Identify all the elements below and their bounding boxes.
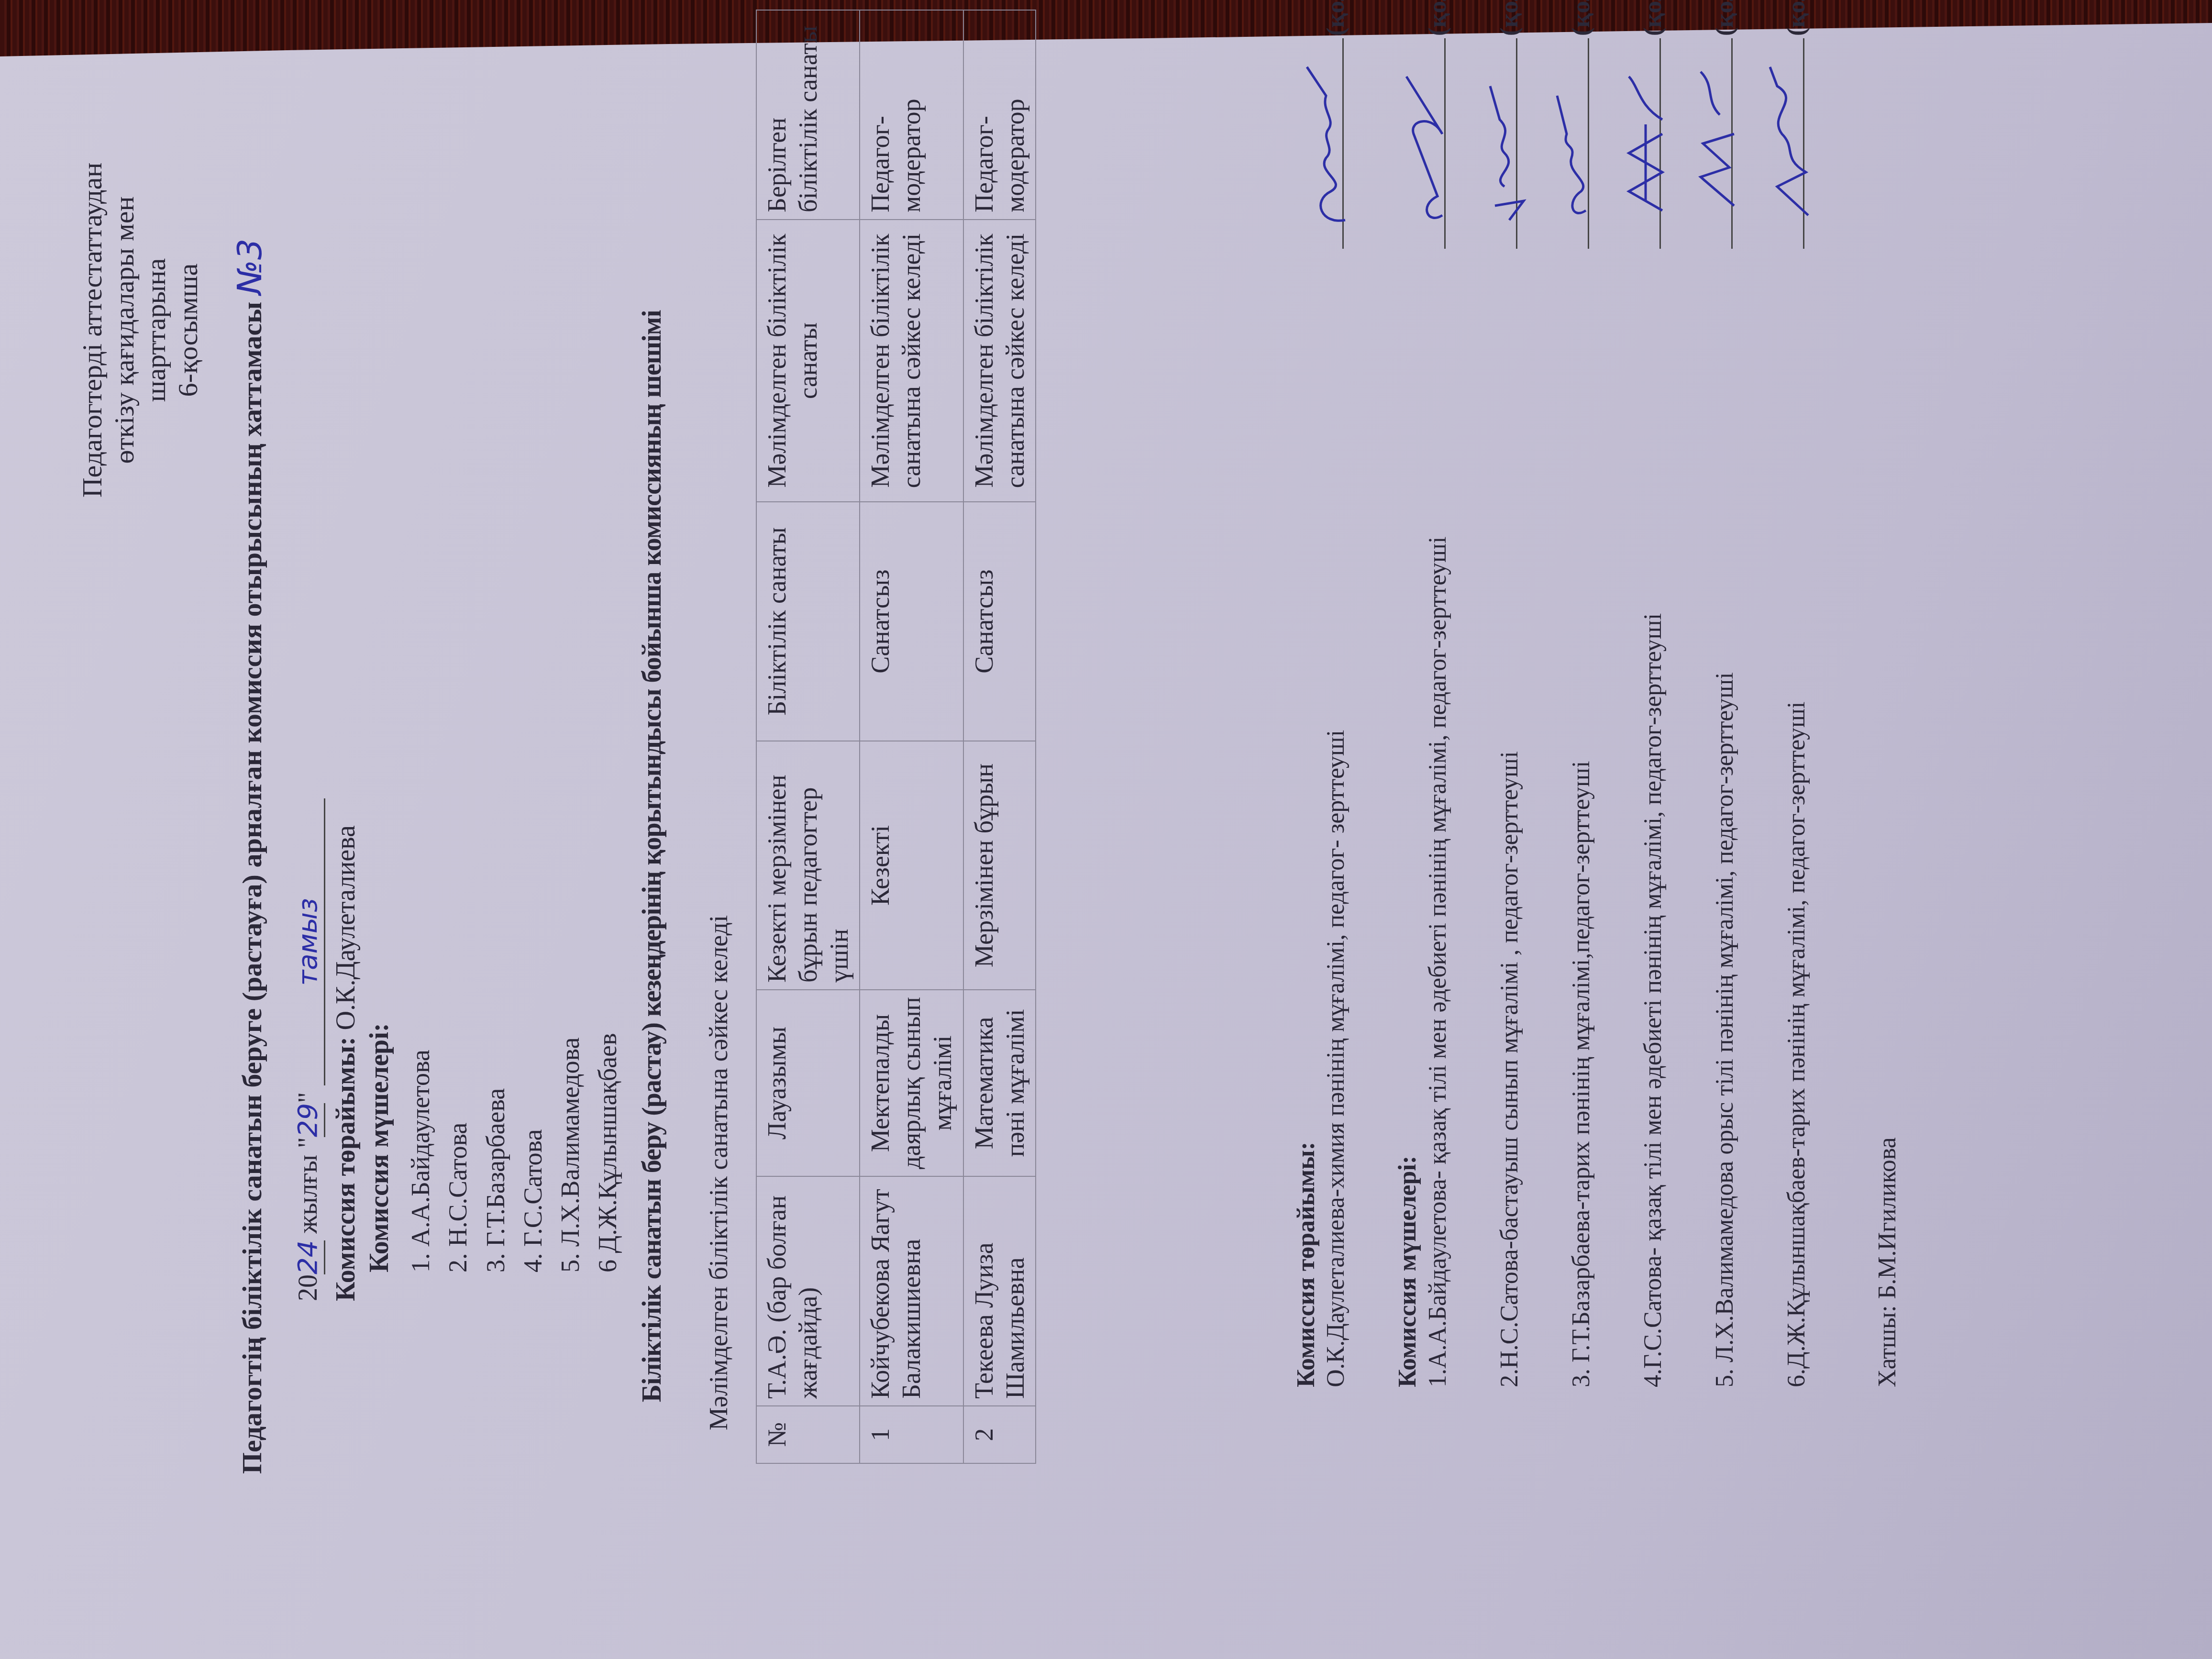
cell-name: Койчубекова Яагут Балакишиевна [860,1176,963,1406]
year-handwritten: 24 [292,1240,325,1274]
sig-member-text: 4.Г.С.Сатова- қазақ тілі мен әдебиеті пә… [1638,613,1668,1387]
appendix-header: Педагогтерді аттестаттаудан өткізу қағид… [77,134,204,526]
signature-label: (қолы) [1567,0,1596,36]
cell-position: Математика пәні мұғалімі [963,990,1036,1176]
decision-title: Біліктілік санатын беру (растау) кезеңде… [636,67,668,1646]
col-header-position: Лауазымы [756,990,860,1176]
cell-category: Санатсыз [963,502,1036,741]
handwritten-signature-icon [1302,57,1355,230]
cell-position: Мектепалды даярлық сынып мұғалімі [860,990,963,1176]
cell-early: Кезекті [860,741,963,990]
decision-subtitle: Мәлімделген біліктілік санатына сәйкес к… [703,915,734,1430]
col-header-early: Кезекті мерзімінен бұрын педагогтер үшін [756,741,860,990]
handwritten-signature-icon [1763,57,1815,230]
signature-label: (қолы) [1710,0,1740,36]
handwritten-signature-icon [1404,57,1457,230]
col-header-name: Т.А.Ә. (бар болған жағдайда) [756,1176,860,1406]
appendix-line: шарттарына [140,134,172,526]
month-handwritten: тамыз [292,798,325,1085]
sig-member-text: 6.Д.Ж.Құлыншақбаев-тарих пәнінің мұғалім… [1782,701,1812,1387]
col-header-declared: Мәлімделген біліктілік санаты [756,220,860,502]
date-line: 2024 жылғы "29" тамыз [292,798,325,1301]
cell-assigned: Педагог-модератор [860,10,963,220]
table-header-row: № Т.А.Ә. (бар болған жағдайда) Лауазымы … [756,10,860,1463]
day-handwritten: 29 [292,1103,325,1137]
cell-number: 2 [963,1406,1036,1463]
handwritten-signature-icon [1548,57,1600,230]
table-row: 2 Текеева Луиза Шамильевна Математика пә… [963,10,1036,1463]
date-quote: " [293,1092,323,1103]
signature-label: (қолы) [1638,0,1668,36]
signature-block: Комиссия төрайымы: О.К.Даулеталиева-хими… [1292,0,1902,1387]
signature-label: (қолы) [1321,0,1351,36]
table-row: 1 Койчубекова Яагут Балакишиевна Мектепа… [860,10,963,1463]
member-item: 4. Г.С.Сатова [514,1033,552,1272]
cell-assigned: Педагог-модератор [963,10,1036,220]
document-title: Педагогтің біліктілік санатын беруге (ра… [230,67,270,1646]
sig-member-text: 3. Г.Т.Базарбаева-тарих пәнінің мұғалімі… [1567,761,1596,1387]
sig-member-text: 5. Л.Х.Валимамедова орыс тілі пәнінің мұ… [1710,672,1740,1387]
year-prefix: 20 [293,1274,323,1301]
sig-member-text: 1.А.А.Байдаулетова- қазақ тілі мен әдеби… [1423,537,1453,1388]
member-item: 1. А.А.Байдаулетова [402,1033,439,1272]
member-item: 6 Д.Ж.Құлыншақбаев [589,1033,626,1272]
appendix-line: өткізу қағидалары мен [109,134,141,526]
document-page: Педагогтерді аттестаттаудан өткізу қағид… [0,67,2076,1646]
chairman-label: Комиссия төрайымы: [331,1037,361,1301]
signature-label: (қолы) [1423,0,1453,36]
cell-declared: Мәлімделген біліктілік санатына сәйкес к… [963,220,1036,502]
handwritten-signature-icon [1691,57,1744,230]
cell-name: Текеева Луиза Шамильевна [963,1176,1036,1406]
handwritten-signature-icon [1476,57,1528,230]
chairman-line: Комиссия төрайымы: О.К.Даулеталиева [330,825,362,1301]
member-item: 3. Г.Т.Базарбаева [477,1033,514,1272]
signature-row: О.К.Даулеталиева-химия пәнінің мұғалімі,… [1321,0,1393,1387]
signature-label: (қолы) [1782,0,1812,36]
cell-declared: Мәлімделген біліктілік санатына сәйкес к… [860,220,963,502]
chairman-name: О.К.Даулеталиева [331,825,361,1030]
title-text: Педагогтің біліктілік санатын беруге (ра… [236,302,267,1474]
signature-label: (қолы) [1495,0,1525,36]
secretary-line: Хатшы: Б.М.Игиликова [1873,0,1902,1387]
col-header-category: Біліктілік санаты [756,502,860,741]
member-item: 2. Н.С.Сатова [439,1033,476,1272]
protocol-number-handwritten: №3 [230,239,269,295]
members-list: 1. А.А.Байдаулетова 2. Н.С.Сатова 3. Г.Т… [402,1033,627,1272]
cell-category: Санатсыз [860,502,963,741]
sig-chair-text: О.К.Даулеталиева-химия пәнінің мұғалімі,… [1321,730,1351,1387]
cell-early: Мерзімінен бұрын [963,741,1036,990]
cell-number: 1 [860,1406,963,1463]
handwritten-signature-icon [1619,57,1672,230]
date-text: жылғы " [293,1137,323,1240]
col-header-assigned: Берілген біліктілік санаты [756,10,860,220]
members-label: Комиссия мүшелері: [364,1023,396,1272]
appendix-line: 6-қосымша [172,134,204,526]
sig-member-text: 2.Н.С.Сатова-бастауыш сынып мұғалімі , п… [1495,751,1525,1387]
member-item: 5. Л.Х.Валимамедова [552,1033,589,1272]
appendix-line: Педагогтерді аттестаттаудан [77,134,109,526]
signature-row: 6.Д.Ж.Құлыншақбаев-тарих пәнінің мұғалім… [1782,0,1854,1387]
col-header-number: № [756,1406,860,1463]
results-table: № Т.А.Ә. (бар болған жағдайда) Лауазымы … [756,10,1036,1464]
